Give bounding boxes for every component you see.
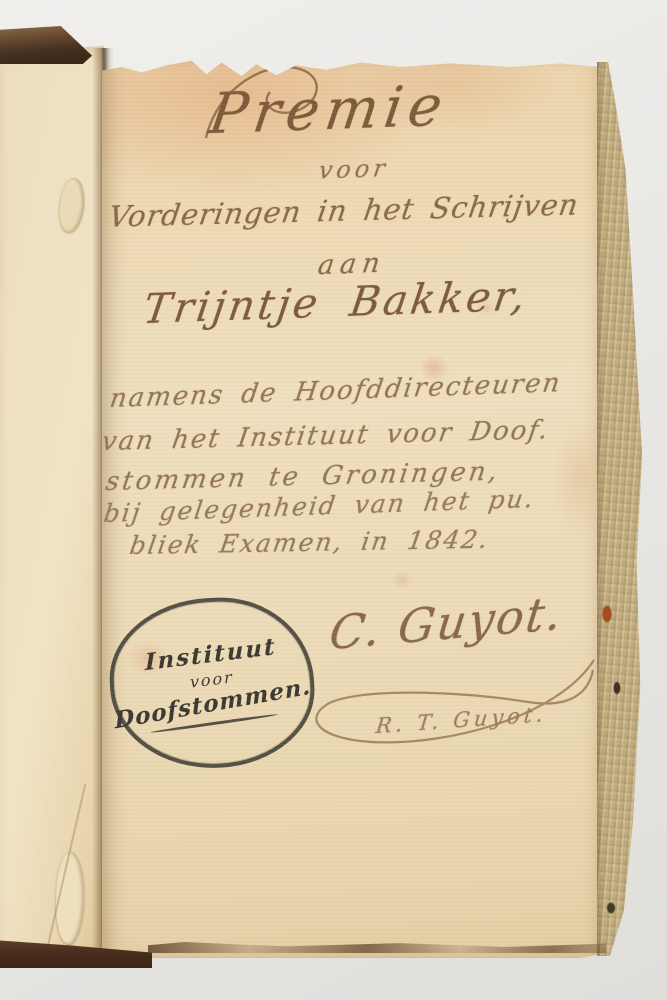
leather-cover-corner — [0, 26, 92, 64]
book-photograph: Premie voor Vorderingen in het Schrijven… — [0, 0, 667, 1000]
recipient-name-line: Trijntje Bakker, — [113, 271, 560, 335]
manuscript-line: van het Instituut voor Doof. — [100, 414, 580, 457]
title-line: Premie — [205, 71, 514, 147]
page-fore-edge — [597, 62, 643, 956]
institute-ink-stamp: Instituut voor Doofstommen. — [106, 593, 319, 773]
manuscript-line: bliek Examen, in 1842. — [128, 524, 533, 560]
manuscript-line: Vorderingen in het Schrijven — [95, 187, 592, 234]
manuscript-line: namens de Hoofddirecteuren — [108, 367, 584, 414]
manuscript-line: voor — [272, 152, 436, 186]
manuscript-page: Premie voor Vorderingen in het Schrijven… — [102, 58, 600, 958]
left-page — [0, 46, 104, 962]
co-signature: R. T. Guyot. — [375, 700, 577, 738]
signature: C. Guyot. — [327, 581, 613, 660]
